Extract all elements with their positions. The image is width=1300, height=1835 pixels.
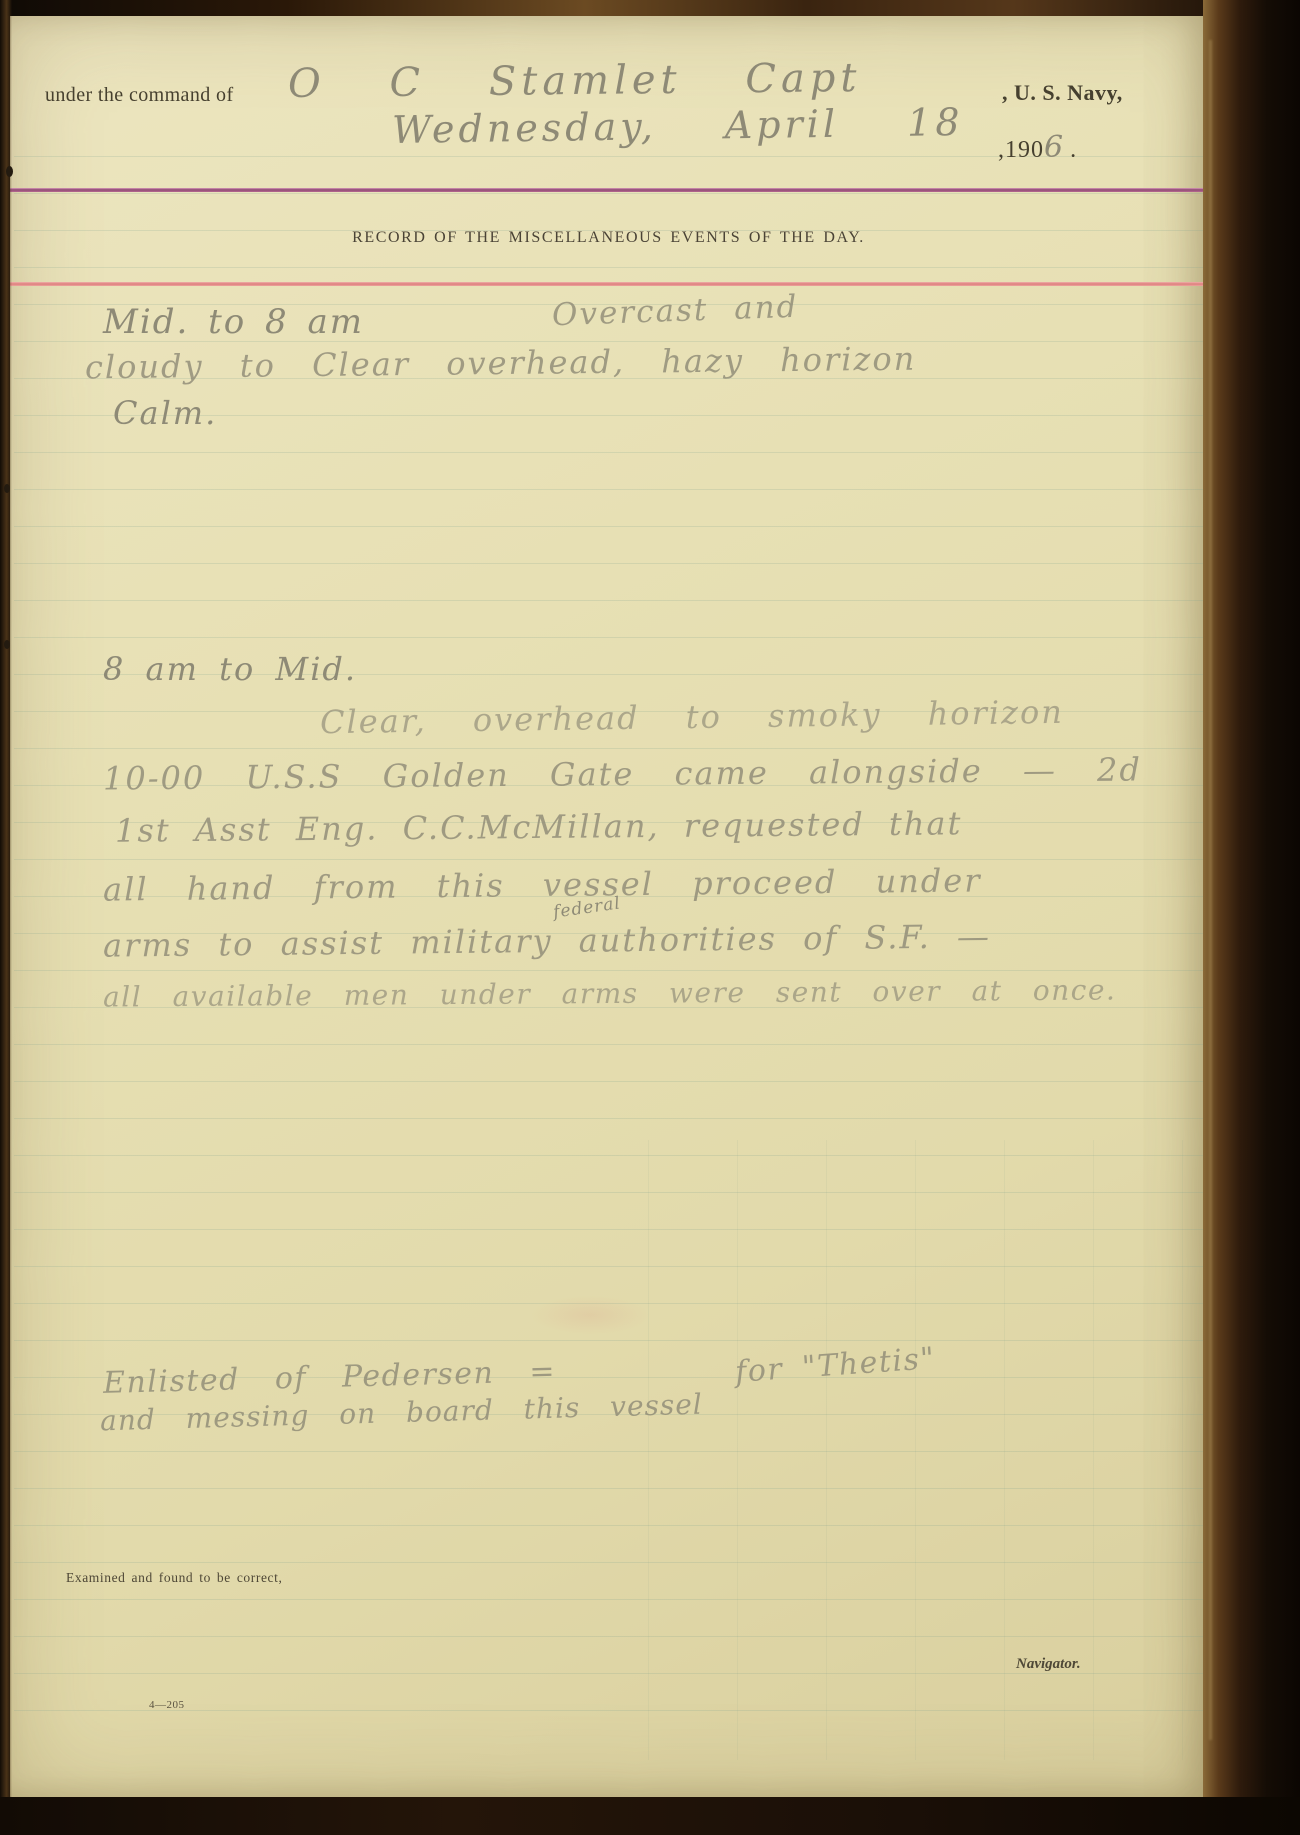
entry-mid-8am-heading: Mid. to 8 am xyxy=(103,302,364,342)
stitch-hole xyxy=(4,640,10,649)
form-number: 4—205 xyxy=(149,1699,185,1711)
date-handwritten: Wednesday, April 18 xyxy=(392,100,964,152)
us-navy-label: , U. S. Navy, xyxy=(1002,80,1123,106)
year-prefix: ,190 xyxy=(998,137,1044,163)
binding-edge-top xyxy=(0,0,1300,16)
commander-signature: O C Stamlet Capt xyxy=(288,55,862,107)
entry-8am-mid-heading: 8 am to Mid. xyxy=(103,650,357,688)
stitch-hole xyxy=(6,166,13,177)
section-title: RECORD OF THE MISCELLANEOUS EVENTS OF TH… xyxy=(10,229,1207,247)
entry-mid-8am-line3: Calm. xyxy=(113,394,217,432)
line5-post: authorities of S.F. — xyxy=(578,917,991,959)
binding-edge-bottom xyxy=(0,1797,1300,1835)
binding-edge-left xyxy=(0,0,12,1835)
purple-rule xyxy=(10,188,1207,192)
logbook-page-scan: under the command of O C Stamlet Capt , … xyxy=(0,0,1300,1835)
line5-pre: arms to assist military xyxy=(103,922,553,965)
stitch-hole xyxy=(4,484,10,493)
binding-edge-right xyxy=(1203,0,1300,1835)
pink-rule xyxy=(10,282,1207,286)
ink-smudge xyxy=(530,1295,650,1335)
navigator-label: Navigator. xyxy=(1016,1656,1081,1673)
year-suffix: . xyxy=(1063,137,1077,163)
examined-label: Examined and found to be correct, xyxy=(66,1570,282,1586)
command-prefix-label: under the command of xyxy=(45,84,234,107)
year-line: ,1906 . xyxy=(998,130,1077,165)
entry-8am-mid-line6: all available men under arms were sent o… xyxy=(103,973,1117,1013)
year-digit-handwritten: 6 xyxy=(1044,130,1063,165)
entry-8am-mid-line3: 1st Asst Eng. C.C.McMillan, requested th… xyxy=(115,804,963,849)
